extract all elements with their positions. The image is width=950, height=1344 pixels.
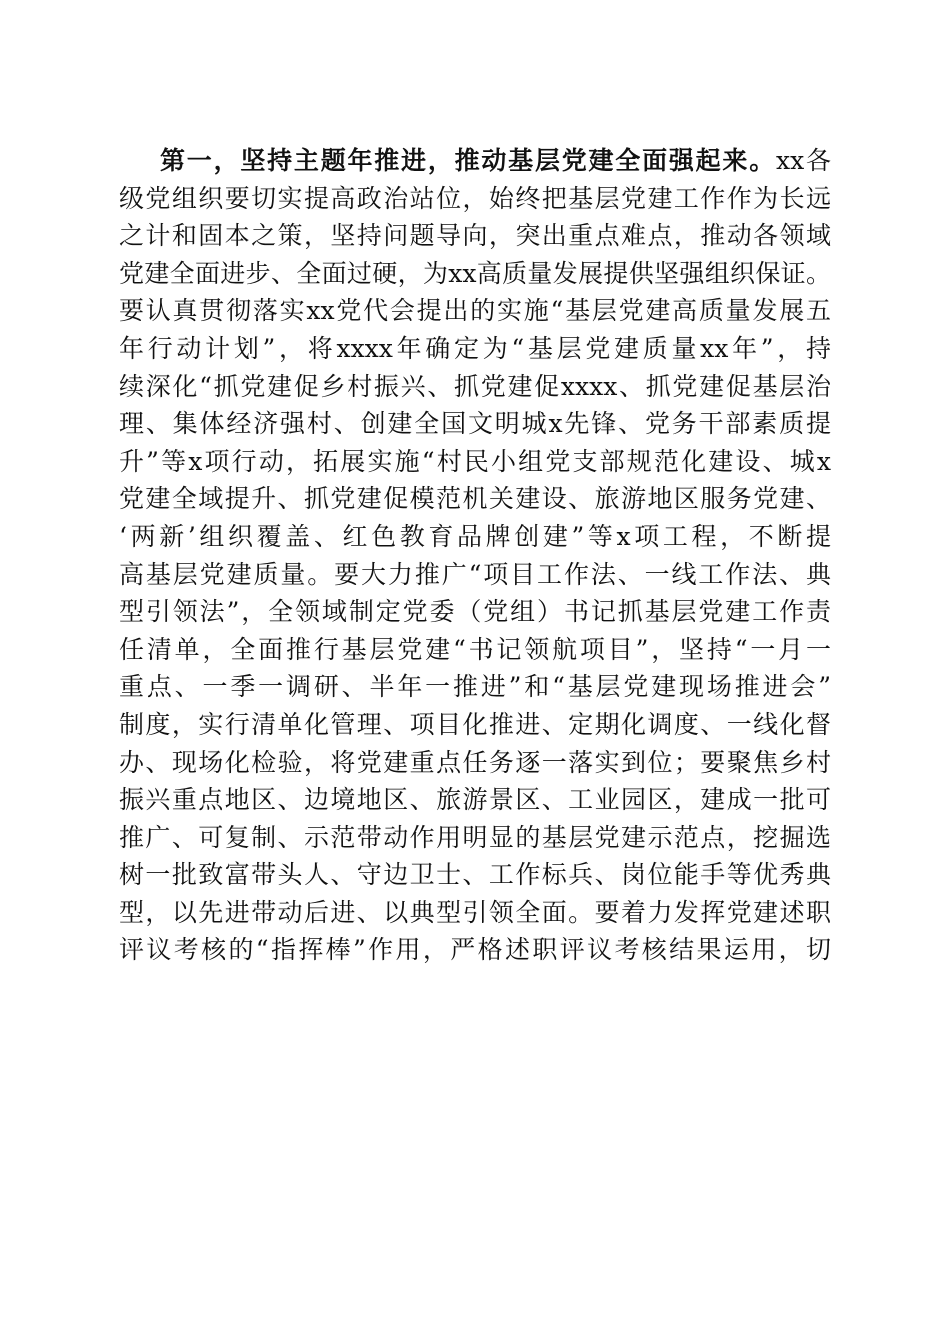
paragraph-line-3: 之计和固本之策，坚持问题导向，突出重点难点，推动各领域 (119, 217, 831, 255)
paragraph-line-16: 制度，实行清单化管理、项目化推进、定期化调度、一线化督 (119, 706, 831, 744)
paragraph-line-5: 要认真贯彻落实xx党代会提出的实施“基层党建高质量发展五 (119, 292, 831, 330)
paragraph-line-10: 党建全域提升、抓党建促模范机关建设、旅游地区服务党建、 (119, 480, 831, 518)
paragraph-line-1-tail: xx各 (776, 146, 831, 175)
paragraph-line-15: 重点、一季一调研、半年一推进”和“基层党建现场推进会” (119, 668, 831, 706)
paragraph-line-8: 理、集体经济强村、创建全国文明城x先锋、党务干部素质提 (119, 405, 831, 443)
paragraph-line-11: ‘两新’组织覆盖、红色教育品牌创建”等x项工程，不断提 (119, 518, 831, 556)
paragraph-line-20: 树一批致富带头人、守边卫士、工作标兵、岗位能手等优秀典 (119, 856, 831, 894)
paragraph-line-7: 续深化“抓党建促乡村振兴、抓党建促xxxx、抓党建促基层治 (119, 368, 831, 406)
paragraph-line-2: 级党组织要切实提高政治站位，始终把基层党建工作作为长远 (119, 180, 831, 218)
paragraph-line-14: 任清单，全面推行基层党建“书记领航项目”，坚持“一月一 (119, 631, 831, 669)
paragraph-line-19: 推广、可复制、示范带动作用明显的基层党建示范点，挖掘选 (119, 819, 831, 857)
paragraph-line-21: 型，以先进带动后进、以典型引领全面。要着力发挥党建述职 (119, 894, 831, 932)
paragraph-line-6: 年行动计划”，将xxxx年确定为“基层党建质量xx年”，持 (119, 330, 831, 368)
paragraph-line-17: 办、现场化检验，将党建重点任务逐一落实到位；要聚焦乡村 (119, 744, 831, 782)
paragraph-line-1: 第一，坚持主题年推进，推动基层党建全面强起来。xx各 (119, 142, 831, 180)
document-page: 第一，坚持主题年推进，推动基层党建全面强起来。xx各 级党组织要切实提高政治站位… (0, 0, 950, 1344)
paragraph-heading: 第一，坚持主题年推进，推动基层党建全面强起来。 (160, 146, 776, 175)
paragraph-line-12: 高基层党建质量。要大力推广“项目工作法、一线工作法、典 (119, 556, 831, 594)
paragraph-line-13: 型引领法”，全领域制定党委（党组）书记抓基层党建工作责 (119, 593, 831, 631)
paragraph-line-18: 振兴重点地区、边境地区、旅游景区、工业园区，建成一批可 (119, 781, 831, 819)
paragraph-line-9: 升”等x项行动，拓展实施“村民小组党支部规范化建设、城x (119, 443, 831, 481)
paragraph-line-22: 评议考核的“指挥棒”作用，严格述职评议考核结果运用，切 (119, 931, 831, 969)
paragraph-line-4: 党建全面进步、全面过硬，为xx高质量发展提供坚强组织保证。 (119, 255, 831, 293)
document-body: 第一，坚持主题年推进，推动基层党建全面强起来。xx各 级党组织要切实提高政治站位… (119, 142, 831, 969)
